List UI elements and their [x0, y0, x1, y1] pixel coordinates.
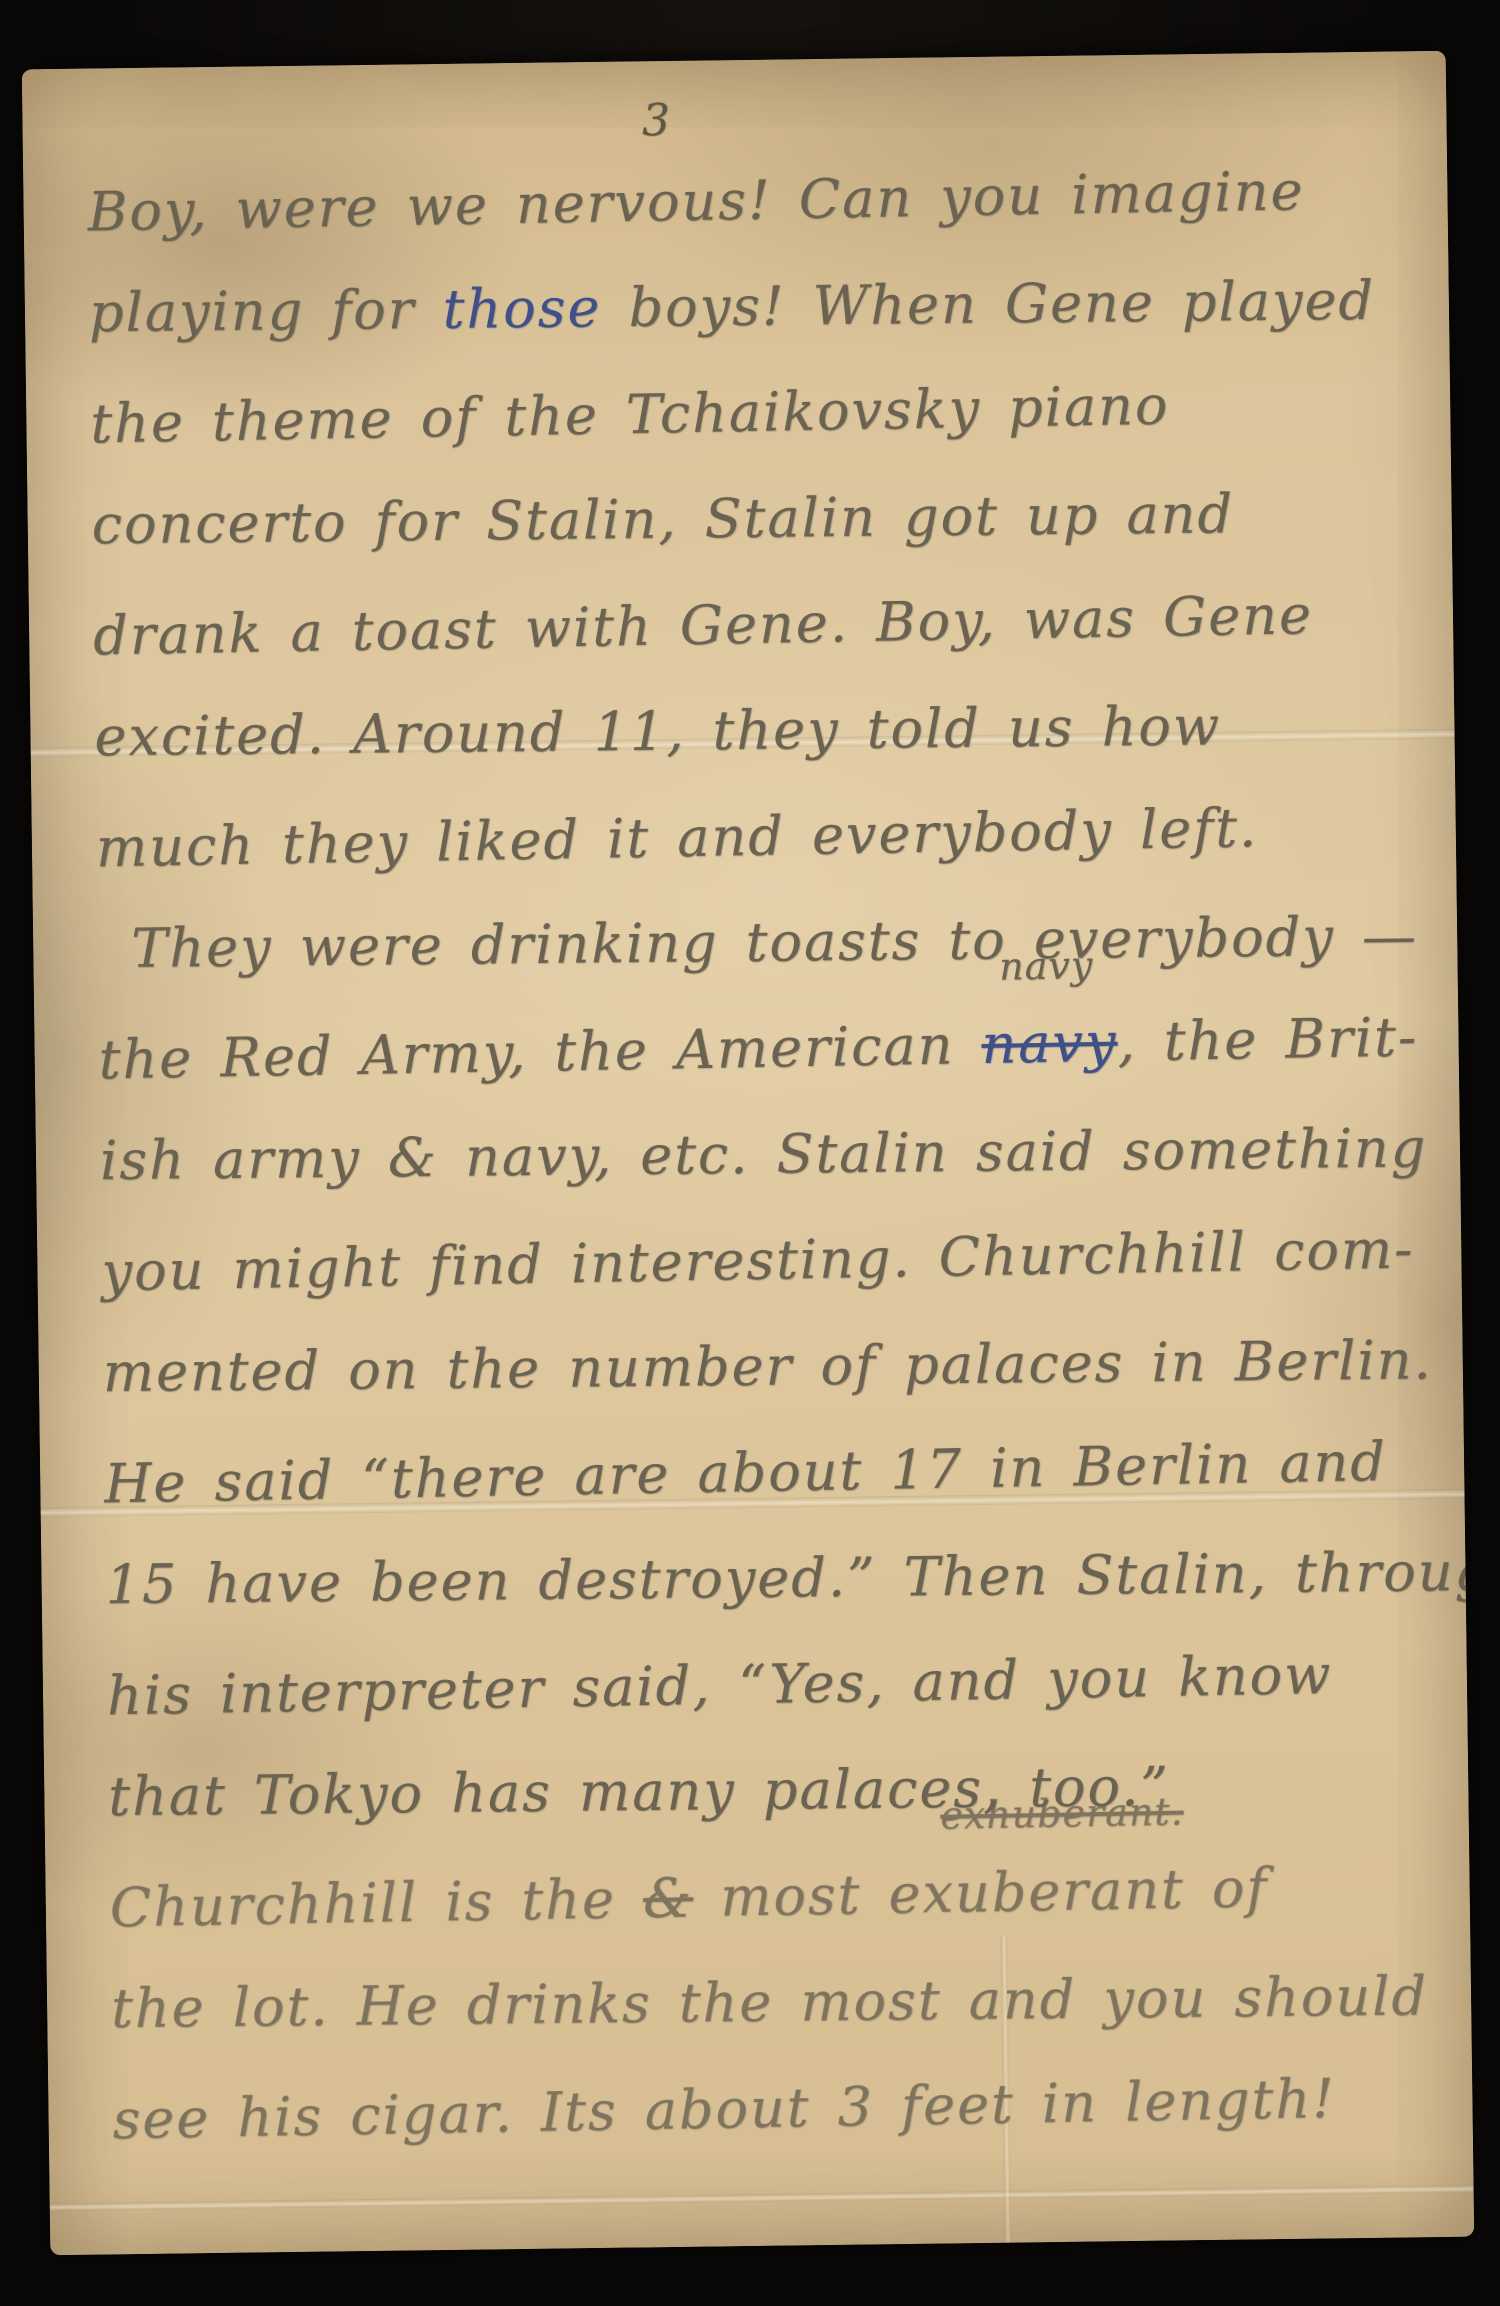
letter-line: that Tokyo has many palaces, too.”	[108, 1731, 1443, 1850]
letter-line: the lot. He drinks the most and you shou…	[111, 1943, 1446, 2062]
letter-text: boys! When Gene played	[601, 269, 1375, 339]
inserted-word: navy	[999, 946, 1094, 986]
letter-line: ish army & navy, etc. Stalin said someth…	[100, 1095, 1435, 1214]
struck-word: navy	[981, 1011, 1118, 1076]
letter-text: most	[692, 1863, 889, 1929]
letter-line: drank a toast with Gene. Boy, was Gene	[92, 560, 1428, 689]
correction-group: exhuberant.exuberant of	[888, 1835, 1270, 1948]
letter-line: 15 have been destroyed.” Then Stalin, th…	[105, 1519, 1440, 1638]
letter-line: Boy, were we nervous! Can you imagine	[87, 136, 1423, 265]
letter-line: playing for those boys! When Gene played	[88, 247, 1423, 366]
letter-body: Boy, were we nervous! Can you imagine pl…	[87, 139, 1447, 2170]
letter-text: the Red Army, the American	[98, 1013, 982, 1091]
letter-line: He said “there are about 17 in Berlin an…	[103, 1408, 1439, 1537]
letter-line: They were drinking toasts to everybody —	[97, 883, 1432, 1002]
letter-line: excited. Around 11, they told us how	[94, 671, 1429, 790]
letter-line: his interpreter said, “Yes, and you know	[106, 1620, 1442, 1749]
overwritten-word: those	[442, 276, 601, 341]
correction-group: navynavy	[981, 990, 1119, 1098]
letter-text: playing for	[89, 278, 443, 344]
letter-line: Churchhill is the & most exhuberant.exub…	[109, 1832, 1445, 1961]
letter-line: the theme of the Tchaikovsky piano	[89, 348, 1425, 477]
struck-character: &	[642, 1866, 693, 1930]
photo-backdrop: 3 Boy, were we nervous! Can you imagine …	[0, 0, 1500, 2306]
letter-text: Churchhill is the	[109, 1867, 643, 1939]
letter-line: the Red Army, the American navynavy, the…	[98, 984, 1434, 1113]
bottom-edge-crease	[50, 2184, 1474, 2211]
letter-text: exuberant of	[888, 1856, 1269, 1926]
letter-line: concerto for Stalin, Stalin got up and	[91, 459, 1426, 578]
page-number: 3	[642, 95, 671, 146]
letter-line: much they liked it and everybody left.	[95, 772, 1431, 901]
letter-line: see his cigar. Its about 3 feet in lengt…	[112, 2044, 1448, 2173]
letter-line: mented on the number of palaces in Berli…	[102, 1307, 1437, 1426]
letter-text: , the Brit-	[1117, 1005, 1419, 1073]
letter-paper: 3 Boy, were we nervous! Can you imagine …	[22, 51, 1474, 2255]
letter-line: you might find interesting. Churchhill c…	[101, 1196, 1437, 1325]
struck-inserted-word: exhuberant.	[940, 1793, 1184, 1835]
